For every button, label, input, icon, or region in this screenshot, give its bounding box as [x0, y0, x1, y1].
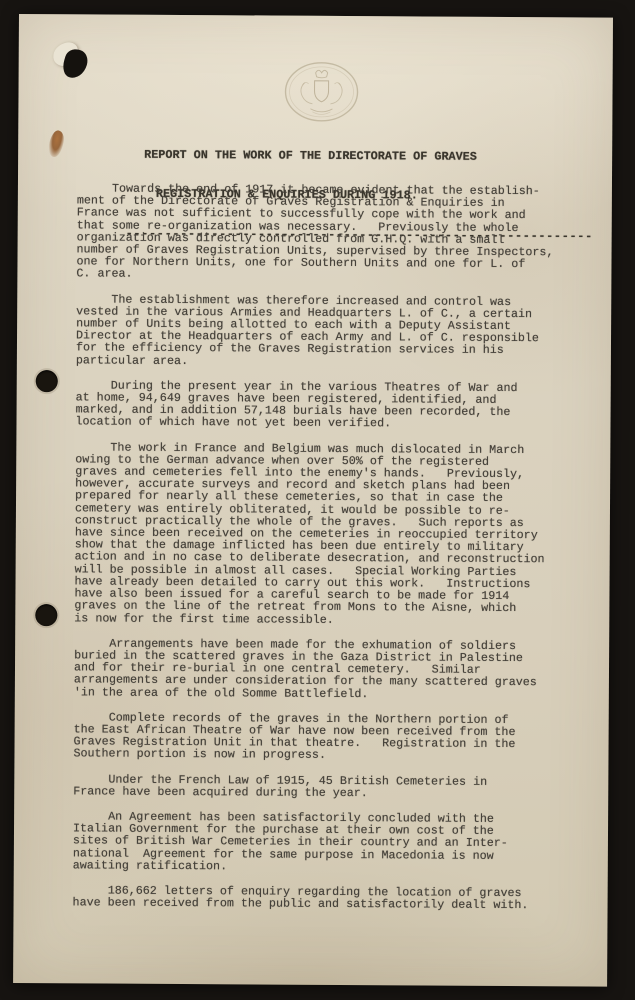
document-body: Towards the end of 1917 it became eviden…: [72, 182, 585, 924]
paragraph-1: Towards the end of 1917 it became eviden…: [76, 182, 585, 283]
document-page: REPORT ON THE WORK OF THE DIRECTORATE OF…: [13, 14, 613, 987]
punch-hole-icon: [35, 604, 57, 626]
paragraph-3: During the present year in the various T…: [75, 379, 583, 431]
photo-background: REPORT ON THE WORK OF THE DIRECTORATE OF…: [0, 0, 635, 1000]
paragraph-9: 186,662 letters of enquiry regarding the…: [73, 884, 581, 912]
paragraph-8: An Agreement has been satisfactorily con…: [73, 810, 581, 874]
paragraph-6: Complete records of the graves in the No…: [73, 711, 581, 763]
paragraph-7: Under the French Law of 1915, 45 British…: [73, 773, 581, 801]
paragraph-5: Arrangements have been made for the exhu…: [74, 637, 582, 701]
punch-hole-icon: [36, 370, 58, 392]
royal-crest-embossed-seal-icon: [282, 59, 360, 125]
paragraph-2: The establishment was therefore increase…: [76, 293, 584, 369]
title-line-1: REPORT ON THE WORK OF THE DIRECTORATE OF…: [144, 149, 612, 165]
paragraph-4: The work in France and Belgium was much …: [74, 441, 583, 627]
